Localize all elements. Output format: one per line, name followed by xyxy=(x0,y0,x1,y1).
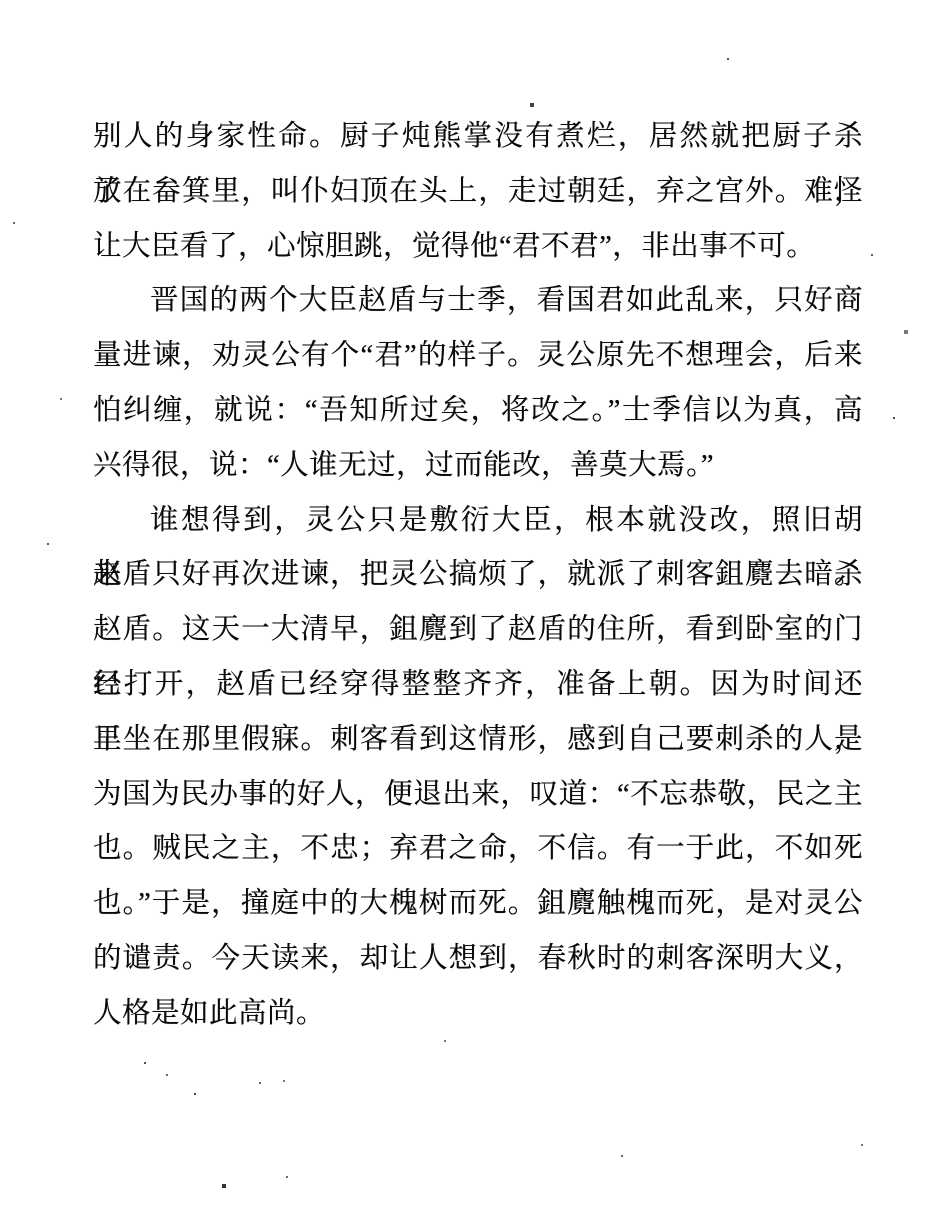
body-text: 别人的身家性命。厨子炖熊掌没有煮烂，居然就把厨子杀了，放在畚箕里，叫仆妇顶在头上… xyxy=(93,110,863,1042)
text-line: 也。贼民之主，不忠；弃君之命，不信。有一于此，不如死 xyxy=(93,822,863,877)
text-line: 量进谏，劝灵公有个“君”的样子。灵公原先不想理会，后来 xyxy=(93,329,863,384)
text-line: 让大臣看了，心惊胆跳，觉得他“君不君”，非出事不可。 xyxy=(93,220,863,275)
text-line: 的谴责。今天读来，却让人想到，春秋时的刺客深明大义， xyxy=(93,932,863,987)
scanned-book-page: 别人的身家性命。厨子炖熊掌没有煮烂，居然就把厨子杀了，放在畚箕里，叫仆妇顶在头上… xyxy=(0,0,944,1208)
text-line: 赵盾。这天一大清早，鉏麑到了赵盾的住所，看到卧室的门已 xyxy=(93,603,863,658)
scan-noise-speckles xyxy=(0,0,2,2)
paragraph: 晋国的两个大臣赵盾与士季，看国君如此乱来，只好商量进谏，劝灵公有个“君”的样子。… xyxy=(93,274,863,493)
text-line: 放在畚箕里，叫仆妇顶在头上，走过朝廷，弃之宫外。难怪 xyxy=(93,165,863,220)
text-line: 人格是如此高尚。 xyxy=(93,987,863,1042)
text-line: 别人的身家性命。厨子炖熊掌没有煮烂，居然就把厨子杀了， xyxy=(93,110,863,165)
text-line: 谁想得到，灵公只是敷衍大臣，根本就没改，照旧胡来。 xyxy=(93,494,863,549)
text-line: 兴得很，说：“人谁无过，过而能改，善莫大焉。” xyxy=(93,439,863,494)
text-line: 正坐在那里假寐。刺客看到这情形，感到自己要刺杀的人是 xyxy=(93,713,863,768)
paragraph: 别人的身家性命。厨子炖熊掌没有煮烂，居然就把厨子杀了，放在畚箕里，叫仆妇顶在头上… xyxy=(93,110,863,274)
text-line: 怕纠缠，就说：“吾知所过矣，将改之。”士季信以为真，高 xyxy=(93,384,863,439)
text-line: 为国为民办事的好人，便退出来，叹道：“不忘恭敬，民之主 xyxy=(93,768,863,823)
text-line: 经打开，赵盾已经穿得整整齐齐，准备上朝。因为时间还早， xyxy=(93,658,863,713)
paragraph: 谁想得到，灵公只是敷衍大臣，根本就没改，照旧胡来。赵盾只好再次进谏，把灵公搞烦了… xyxy=(93,494,863,1042)
text-line: 晋国的两个大臣赵盾与士季，看国君如此乱来，只好商 xyxy=(93,274,863,329)
text-line: 也。”于是，撞庭中的大槐树而死。鉏麑触槐而死，是对灵公 xyxy=(93,877,863,932)
text-line: 赵盾只好再次进谏，把灵公搞烦了，就派了刺客鉏麑去暗杀 xyxy=(93,548,863,603)
